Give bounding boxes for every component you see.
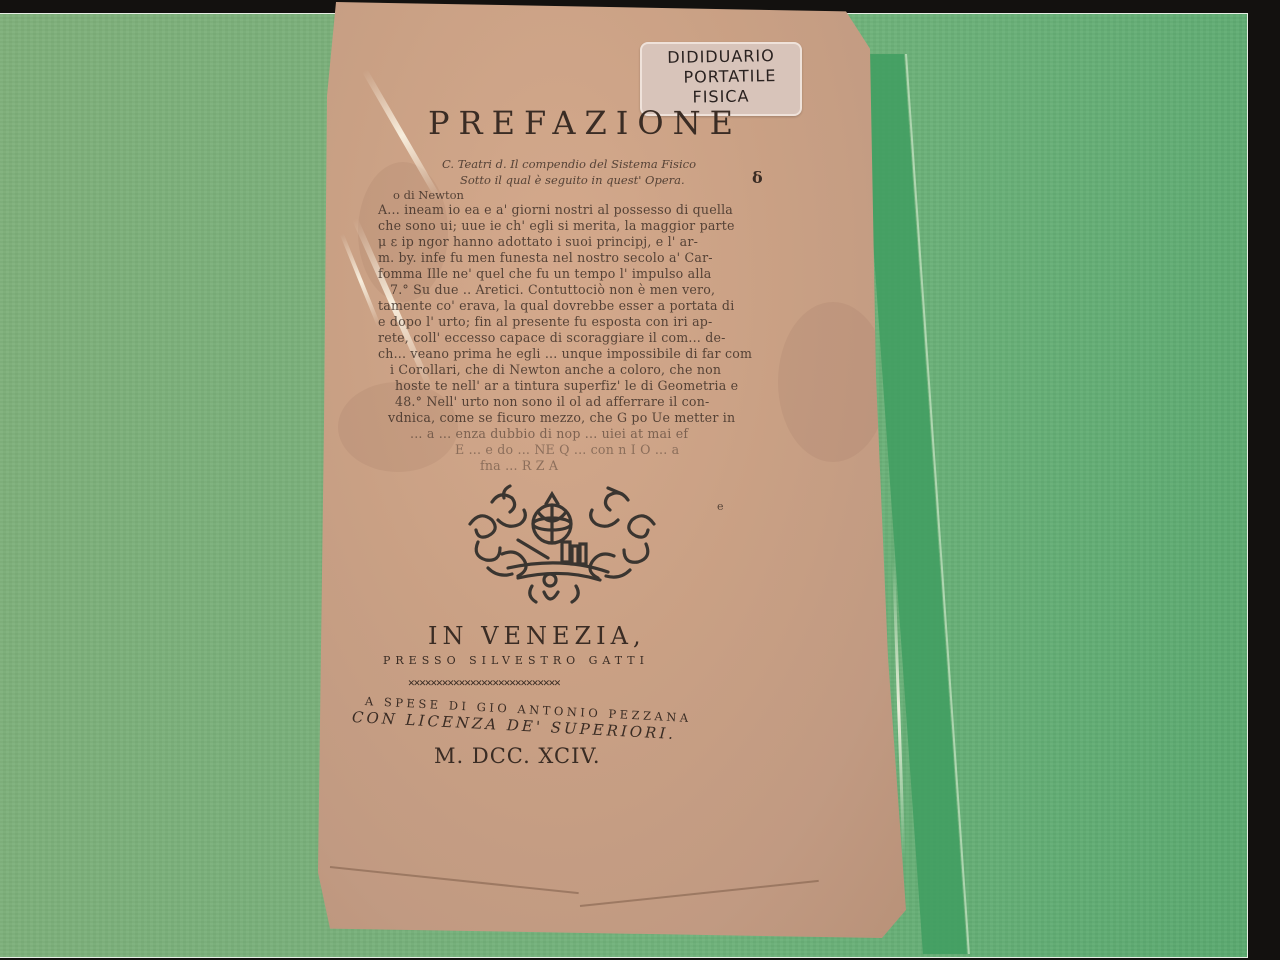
paper-stain <box>778 302 888 462</box>
subtitle-line: o di Newton <box>393 188 464 202</box>
decorative-rule: ✕✕✕✕✕✕✕✕✕✕✕✕✕✕✕✕✕✕✕✕✕✕✕✕✕✕✕ <box>408 676 560 689</box>
body-line: vdnica, come se ficuro mezzo, che G po U… <box>388 410 735 425</box>
body-line: i Corollari, che di Newton anche a color… <box>390 362 721 377</box>
body-line: tamente co' erava, la qual dovrebbe esse… <box>378 298 734 313</box>
page-heading: PREFAZIONE <box>428 104 742 142</box>
body-line: ... a ... enza dubbio di nop ... uiei at… <box>410 426 688 441</box>
body-line: hoste te nell' ar a tintura superfiz' le… <box>395 378 738 393</box>
body-line: rete, coll' eccesso capace di scoraggiar… <box>378 330 726 345</box>
body-line: m. by. infe fu men funesta nel nostro se… <box>378 250 713 265</box>
imprint-city: IN VENEZIA, <box>428 622 646 650</box>
body-line: che sono ui; uue ie ch' egli si merita, … <box>378 218 735 233</box>
label-line: PORTATILE <box>642 66 800 89</box>
body-line: fna ... R Z A <box>480 458 558 473</box>
body-line: ch... veano prima he egli ... unque impo… <box>378 346 752 361</box>
body-line: E ... e do ... NE Q ... con n I O ... a <box>455 442 679 457</box>
label-line: DIDIDUARIO <box>642 46 800 69</box>
ink-blot: ẟ <box>752 168 763 187</box>
body-line: e dopo l' urto; fin al presente fu espos… <box>378 314 713 329</box>
body-line: fomma Ille ne' quel che fu un tempo l' i… <box>378 266 712 281</box>
stray-letter: e <box>717 500 724 513</box>
subtitle-line: Sotto il qual è seguito in quest' Opera. <box>460 173 685 187</box>
body-line: μ ε ip ngor hanno adottato i suoi princi… <box>378 234 698 249</box>
body-line: A... ineam io ea e a' giorni nostri al p… <box>378 202 733 217</box>
body-line: 7.° Su due .. Aretici. Contuttociò non è… <box>390 282 715 297</box>
body-line: 48.° Nell' urto non sono il ol ad afferr… <box>395 394 709 409</box>
armillary-sphere-ornament-icon <box>458 482 668 612</box>
imprint-printer: PRESSO SILVESTRO GATTI <box>383 654 649 667</box>
subtitle-line: C. Teatri d. Il compendio del Sistema Fi… <box>442 157 696 171</box>
imprint-year: M. DCC. XCIV. <box>434 744 601 768</box>
